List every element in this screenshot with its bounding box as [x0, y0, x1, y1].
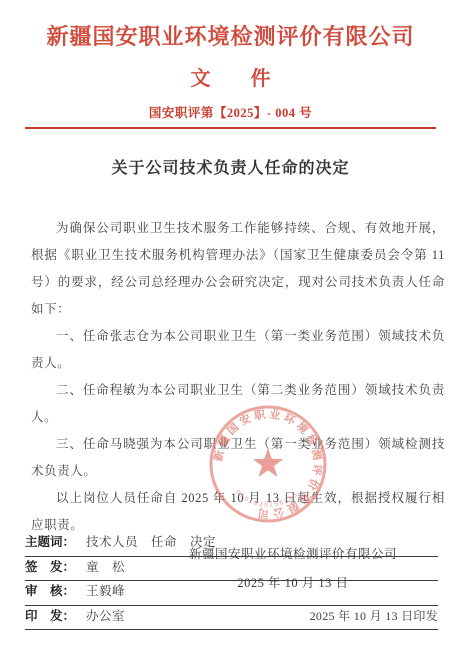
- document-number: 国安职评第【2025】- 004 号: [0, 103, 461, 121]
- body-paragraph: 以上岗位人员任命自 2025 年 10 月 13 日起生效，根据授权履行相应职责…: [31, 485, 445, 539]
- official-document-page: 新疆国安职业环境检测评价有限公司 文 件 国安职评第【2025】- 004 号 …: [0, 0, 461, 652]
- body-paragraph: 一、任命张志仓为本公司职业卫生（第一类业务范围）领域技术负责人。: [31, 323, 445, 377]
- footer-label: 审 核：: [25, 581, 75, 599]
- footer-row-printer: 印 发： 办公室 2025 年 10 月 13 日印发: [25, 606, 438, 631]
- footer-value: 办公室: [75, 606, 125, 624]
- signature-block: 新疆国安职业环境检测评价有限公司 2025 年 10 月 13 日: [153, 540, 433, 598]
- body-paragraph: 三、任命马晓强为本公司职业卫生（第一类业务范围）领域检测技术负责人。: [31, 431, 445, 485]
- footer-value: 王毅峰: [75, 581, 125, 599]
- letterhead-divider: [25, 127, 436, 129]
- body-paragraph: 为确保公司职业卫生技术服务工作能够持续、合规、有效地开展，根据《职业卫生技术服务…: [31, 215, 445, 323]
- letterhead-company-name: 新疆国安职业环境检测评价有限公司: [0, 20, 461, 51]
- letterhead-doc-type: 文 件: [0, 62, 461, 91]
- footer-label: 印 发：: [25, 606, 75, 624]
- footer-label: 签 发：: [25, 557, 75, 575]
- footer-value: 童 松: [75, 557, 125, 575]
- document-body: 为确保公司职业卫生技术服务工作能够持续、合规、有效地开展，根据《职业卫生技术服务…: [31, 215, 445, 539]
- footer-label: 主题词：: [25, 532, 75, 550]
- signature-date: 2025 年 10 月 13 日: [153, 569, 433, 598]
- signature-company: 新疆国安职业环境检测评价有限公司: [153, 540, 433, 569]
- document-title: 关于公司技术负责人任命的决定: [0, 155, 461, 178]
- body-paragraph: 二、任命程敏为本公司职业卫生（第二类业务范围）领域技术负责人。: [31, 377, 445, 431]
- footer-print-date: 2025 年 10 月 13 日印发: [310, 607, 438, 624]
